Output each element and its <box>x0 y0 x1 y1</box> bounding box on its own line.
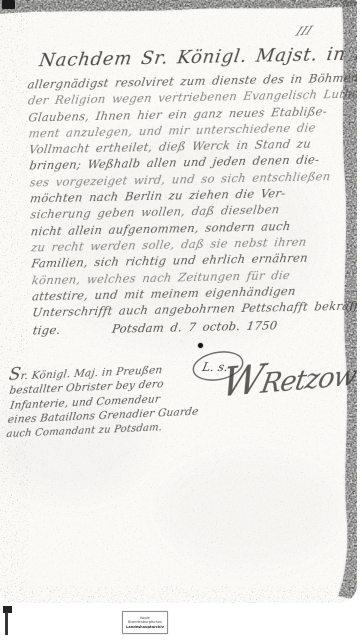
film-edge-mark <box>3 606 12 613</box>
archive-stamp-line: Landeshauptarchiv <box>126 625 164 629</box>
manuscript-body: Nachdem Sr. Königl. Majst. in Preußen al… <box>27 39 357 340</box>
sender-note: Sr. Königl. Maj. in Preußen bestallter O… <box>8 358 231 442</box>
manuscript-page: III Nachdem Sr. Königl. Majst. in Preuße… <box>0 0 357 603</box>
scanned-document: III Nachdem Sr. Königl. Majst. in Preuße… <box>0 0 362 640</box>
archive-stamp: Kopie Brandenburgisches Landeshauptarchi… <box>122 611 168 634</box>
